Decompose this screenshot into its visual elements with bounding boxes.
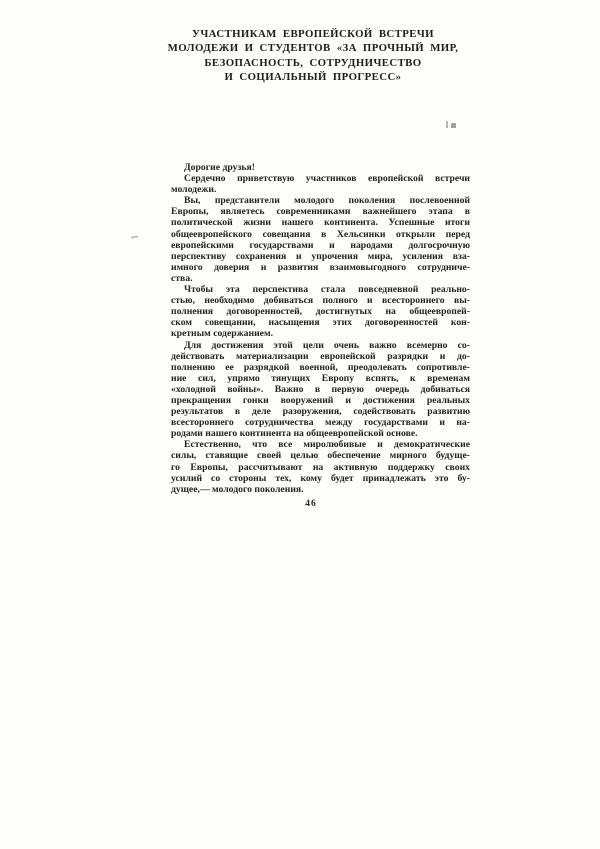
heading-line: И СОЦИАЛЬНЫЙ ПРОГРЕСС» <box>153 70 473 84</box>
body-line: «холодной войны». Важно в первую очередь… <box>171 384 470 395</box>
body-line: родами нашего континента на общеевропейс… <box>171 428 470 439</box>
scan-artifact-speck <box>446 121 448 128</box>
body-line: Европы, являетесь современниками важнейш… <box>171 206 470 217</box>
page-number: 46 <box>171 499 451 509</box>
body-line: действовать материализации европейской р… <box>171 351 470 362</box>
body-line: Для достижения этой цели очень важно все… <box>171 340 470 351</box>
scanned-book-page: УЧАСТНИКАМ ЕВРОПЕЙСКОЙ ВСТРЕЧИМОЛОДЕЖИ И… <box>0 0 600 849</box>
document-title: УЧАСТНИКАМ ЕВРОПЕЙСКОЙ ВСТРЕЧИМОЛОДЕЖИ И… <box>153 27 473 84</box>
body-line: перспективу сохранения и упрочения мира,… <box>171 251 470 262</box>
heading-line: МОЛОДЕЖИ И СТУДЕНТОВ «ЗА ПРОЧНЫЙ МИР, <box>153 41 473 55</box>
scan-artifact-speck <box>451 123 456 128</box>
body-line: ском совещании, насыщения этих договорен… <box>171 317 470 328</box>
body-line: кретным содержанием. <box>171 328 470 339</box>
body-text: Дорогие друзья!Сердечно приветствую учас… <box>171 162 470 495</box>
body-line: ства. <box>171 273 470 284</box>
body-line: Естественно, что все миролюбивые и демок… <box>171 439 470 450</box>
scan-artifact-dash <box>131 236 138 239</box>
body-line: Вы, представители молодого поколения пос… <box>171 195 470 206</box>
body-line: полнения договоренностей, достигнутых на… <box>171 306 470 317</box>
body-line: дущее,— молодого поколения. <box>171 484 470 495</box>
body-line: стью, необходимо добиваться полного и вс… <box>171 295 470 306</box>
heading-line: УЧАСТНИКАМ ЕВРОПЕЙСКОЙ ВСТРЕЧИ <box>153 27 473 41</box>
body-line: молодежи. <box>171 184 470 195</box>
body-line: Сердечно приветствую участников европейс… <box>171 173 470 184</box>
body-line: силы, ставящие своей целью обеспечение м… <box>171 450 470 461</box>
body-line: европейскими государствами и народами до… <box>171 240 470 251</box>
body-line: политической жизни нашего континента. Ус… <box>171 217 470 228</box>
body-line: имного доверия и развития взаимовыгодног… <box>171 262 470 273</box>
heading-line: БЕЗОПАСНОСТЬ, СОТРУДНИЧЕСТВО <box>153 56 473 70</box>
body-line: Чтобы эта перспектива стала повседневной… <box>171 284 470 295</box>
body-line: Дорогие друзья! <box>171 162 470 173</box>
body-line: усилий со стороны тех, кому будет принад… <box>171 473 470 484</box>
body-line: полнению ее разрядкой военной, преодолев… <box>171 362 470 373</box>
body-line: прекращения гонки вооружений и достижени… <box>171 395 470 406</box>
body-line: ние сил, упрямо тянущих Европу вспять, к… <box>171 373 470 384</box>
body-line: результатов в деле разоружения, содейств… <box>171 406 470 417</box>
body-line: всестороннего сотрудничества между госуд… <box>171 417 470 428</box>
body-line: общеевропейского совещания в Хельсинки о… <box>171 229 470 240</box>
body-line: го Европы, рассчитывают на активную подд… <box>171 462 470 473</box>
